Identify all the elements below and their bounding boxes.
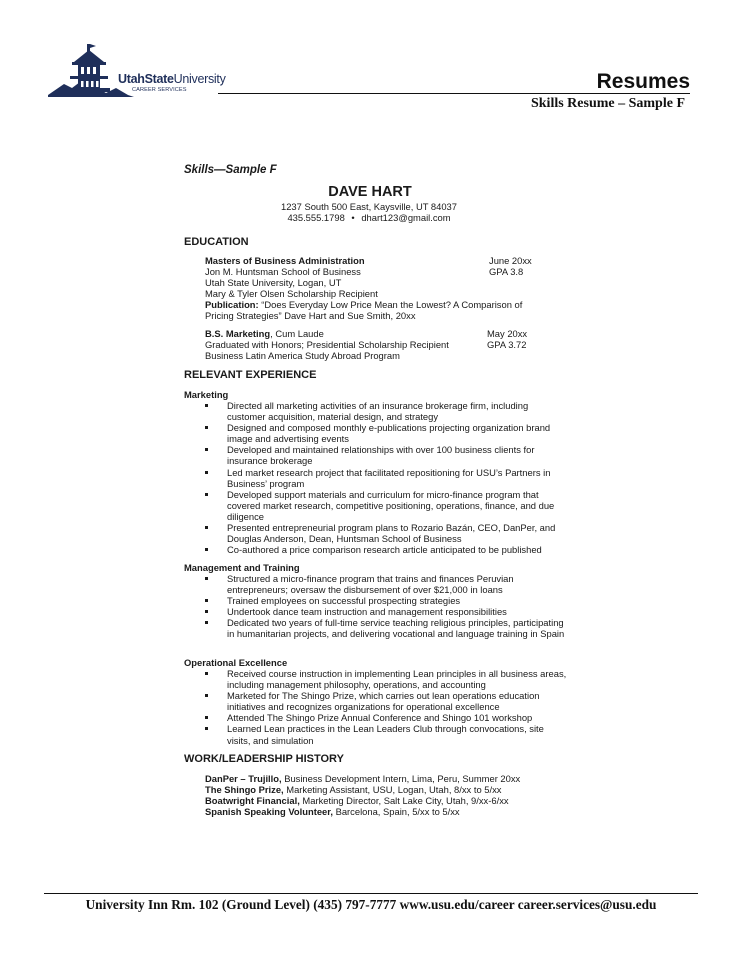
contact-line: 435.555.1798 • dhart123@gmail.com [0,212,742,223]
experience-heading: RELEVANT EXPERIENCE [184,369,316,381]
list-item: Learned Lean practices in the Lean Leade… [205,723,567,745]
list-item: Structured a micro-finance program that … [205,573,567,595]
edu-degree-bs: B.S. Marketing, Cum Laude [205,328,324,339]
list-item: Trained employees on successful prospect… [205,595,567,606]
logo-name-bold: UtahState [118,72,174,86]
work-entry: DanPer – Trujillo, Business Development … [205,773,520,784]
logo-subtitle: CAREER SERVICES [132,87,226,93]
list-item: Marketed for The Shingo Prize, which car… [205,690,567,712]
edu-line: Mary & Tyler Olsen Scholarship Recipient [205,288,378,299]
list-item: Attended The Shingo Prize Annual Confere… [205,712,567,723]
edu-date-bs: May 20xx [487,328,527,339]
list-item: Directed all marketing activities of an … [205,400,567,422]
work-history-heading: WORK/LEADERSHIP HISTORY [184,753,344,765]
marketing-bullets: Directed all marketing activities of an … [205,400,567,555]
work-entry: Boatwright Financial, Marketing Director… [205,795,509,806]
edu-gpa-bs: GPA 3.72 [487,339,526,350]
operational-bullets: Received course instruction in implement… [205,668,567,746]
sample-label: Skills—Sample F [184,164,277,176]
group-title-management: Management and Training [184,562,300,573]
header-subtitle: Skills Resume – Sample F [531,96,685,112]
logo-wordmark: UtahStateUniversity CAREER SERVICES [118,72,226,93]
group-title-marketing: Marketing [184,389,228,400]
work-entry: Spanish Speaking Volunteer, Barcelona, S… [205,806,460,817]
group-title-operational: Operational Excellence [184,657,287,668]
management-bullets: Structured a micro-finance program that … [205,573,567,640]
edu-publication: Publication: “Does Everyday Low Price Me… [205,299,522,310]
list-item: Led market research project that facilit… [205,467,567,489]
list-item: Developed support materials and curricul… [205,489,567,522]
footer-divider [44,893,698,894]
list-item: Developed and maintained relationships w… [205,444,567,466]
footer-contact: University Inn Rm. 102 (Ground Level) (4… [0,897,742,913]
edu-line: Graduated with Honors; Presidential Scho… [205,339,449,350]
header-title: Resumes [597,70,690,94]
list-item: Designed and composed monthly e-publicat… [205,422,567,444]
education-heading: EDUCATION [184,236,249,248]
contact-email: dhart123@gmail.com [361,212,450,223]
publication-label: Publication: [205,299,259,310]
list-item: Presented entrepreneurial program plans … [205,522,567,544]
candidate-name: DAVE HART [0,184,742,200]
edu-line: Business Latin America Study Abroad Prog… [205,350,400,361]
edu-date-mba: June 20xx [489,255,532,266]
contact-separator: • [351,212,354,223]
edu-gpa-mba: GPA 3.8 [489,266,523,277]
edu-line: Utah State University, Logan, UT [205,277,341,288]
list-item: Received course instruction in implement… [205,668,567,690]
edu-publication-cont: Pricing Strategies” Dave Hart and Sue Sm… [205,310,416,321]
list-item: Undertook dance team instruction and man… [205,606,567,617]
logo-name-regular: University [174,72,226,86]
contact-address: 1237 South 500 East, Kaysville, UT 84037 [0,201,742,212]
list-item: Dedicated two years of full-time service… [205,617,567,639]
contact-phone: 435.555.1798 [287,212,344,223]
edu-line: Jon M. Huntsman School of Business [205,266,361,277]
candidate-name-text: DAVE HART [328,184,412,200]
work-entry: The Shingo Prize, Marketing Assistant, U… [205,784,501,795]
list-item: Co-authored a price comparison research … [205,544,567,555]
edu-degree-mba: Masters of Business Administration [205,255,365,266]
